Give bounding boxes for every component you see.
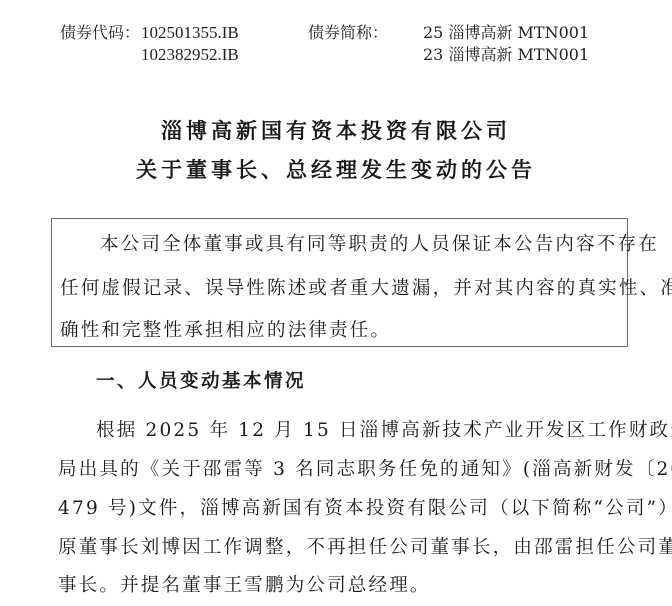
notice-line-1: 本公司全体董事或具有同等职责的人员保证本公告内容不存在	[100, 232, 659, 258]
company-title: 淄博高新国有资本投资有限公司	[0, 115, 672, 145]
bond-short-name-1: 25 淄博高新 MTN001	[423, 22, 589, 44]
bond-code-2: 102382952.IB	[141, 44, 239, 66]
section-heading-personnel-changes: 一、人员变动基本情况	[96, 369, 306, 395]
bond-short-name-2: 23 淄博高新 MTN001	[423, 44, 589, 66]
paragraph-line-4: 原董事长刘博因工作调整，不再担任公司董事长，由邵雷担任公司董	[58, 535, 672, 561]
bond-short-name-label: 债券简称：	[308, 22, 388, 44]
bond-code-1-text: 102501355.IB	[141, 23, 239, 42]
paragraph-line-3: 479 号)文件，淄博高新国有资本投资有限公司（以下简称“公司”）	[58, 496, 672, 522]
paragraph-line-1: 根据 2025 年 12 月 15 日淄博高新技术产业开发区工作财政金融	[96, 418, 672, 444]
paragraph-line-2: 局出具的《关于邵雷等 3 名同志职务任免的通知》(淄高新财发〔2025〕	[58, 457, 672, 483]
paragraph-line-5: 事长。并提名董事王雪鹏为公司总经理。	[58, 573, 431, 599]
notice-line-2: 任何虚假记录、误导性陈述或者重大遗漏，并对其内容的真实性、准	[60, 276, 672, 302]
bond-code-1: 102501355.IB	[141, 22, 239, 44]
announcement-title: 关于董事长、总经理发生变动的公告	[0, 154, 672, 184]
bond-code-2-text: 102382952.IB	[141, 45, 239, 64]
bond-code-label: 债券代码：	[60, 22, 140, 44]
notice-line-3: 确性和完整性承担相应的法律责任。	[60, 318, 391, 344]
